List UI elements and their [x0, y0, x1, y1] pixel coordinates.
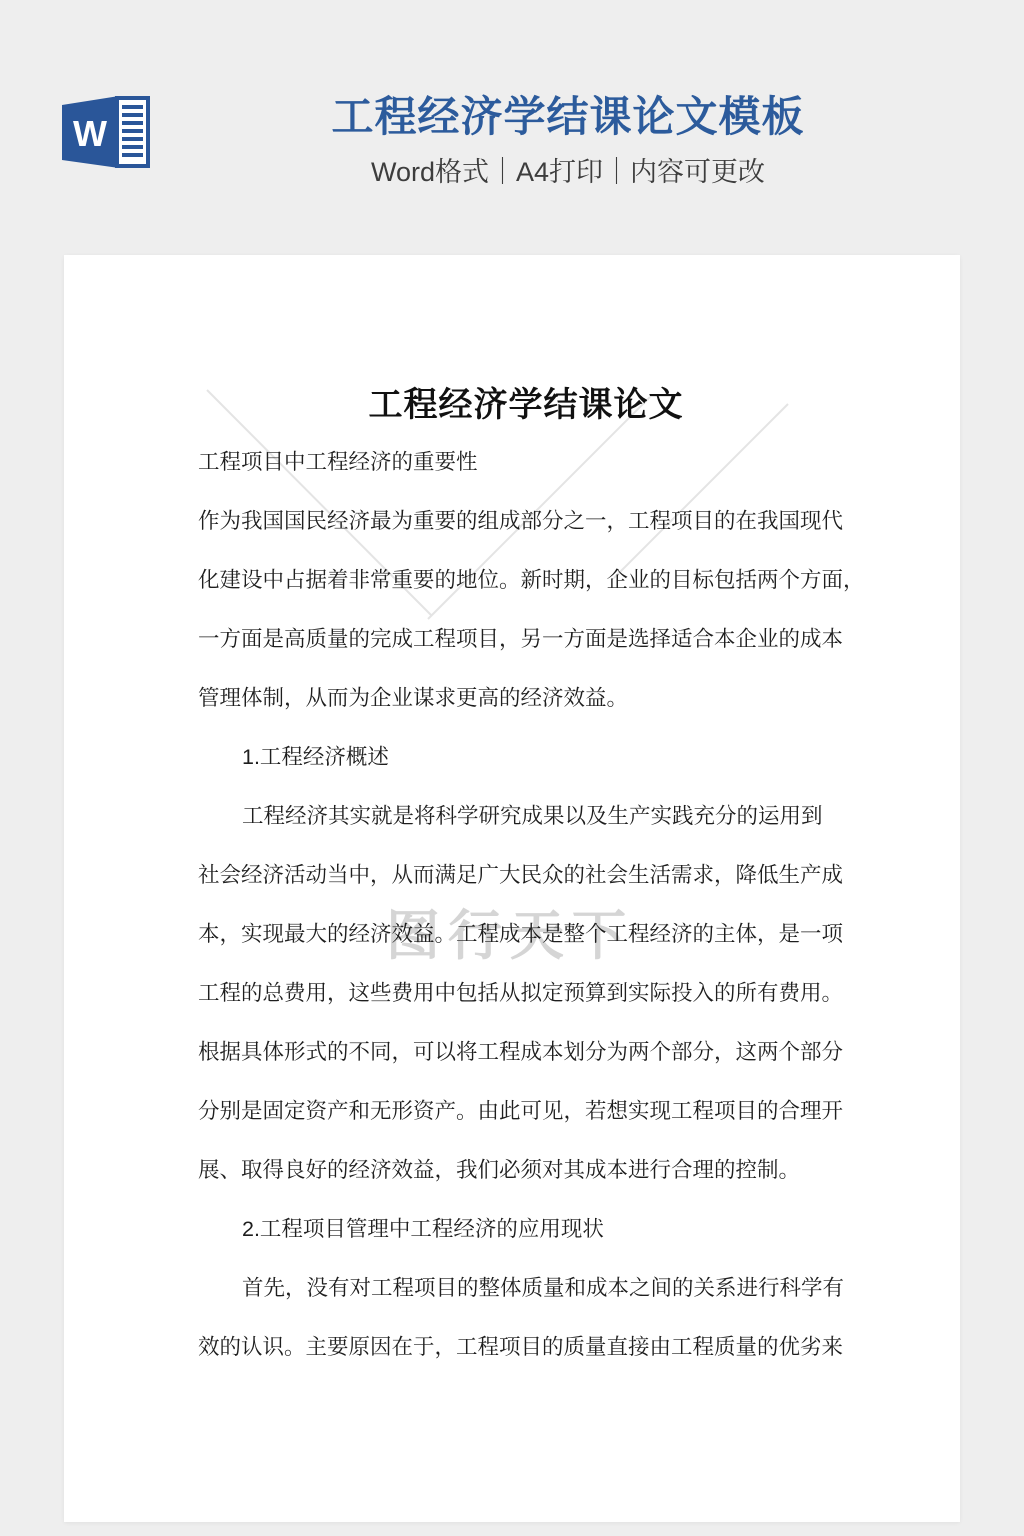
document-page: 图行天下 工程经济学结课论文 工程项目中工程经济的重要性作为我国国民经济最为重要…: [64, 255, 960, 1522]
document-line: 工程的总费用，这些费用中包括从拟定预算到实际投入的所有费用。: [198, 964, 854, 1023]
document-line: 一方面是高质量的完成工程项目，另一方面是选择适合本企业的成本: [198, 610, 854, 669]
template-subtitle: Word格式｜A4打印｜内容可更改: [331, 156, 804, 188]
document-line: 根据具体形式的不同，可以将工程成本划分为两个部分，这两个部分: [198, 1023, 854, 1082]
header: W 工程经济学结课论文模板 Word格式｜A4打印｜内容可更改: [0, 0, 1024, 255]
document-line: 1.工程经济概述: [198, 728, 854, 787]
document-title: 工程经济学结课论文: [198, 383, 854, 427]
document-line: 社会经济活动当中，从而满足广大民众的社会生活需求，降低生产成: [198, 846, 854, 905]
template-title: 工程经济学结课论文模板: [331, 92, 804, 142]
header-text: 工程经济学结课论文模板 Word格式｜A4打印｜内容可更改: [331, 92, 804, 188]
document-line: 化建设中占据着非常重要的地位。新时期，企业的目标包括两个方面，: [198, 551, 854, 610]
document-line: 作为我国国民经济最为重要的组成部分之一，工程项目的在我国现代: [198, 492, 854, 551]
document-line: 分别是固定资产和无形资产。由此可见，若想实现工程项目的合理开: [198, 1082, 854, 1141]
word-icon-letter: W: [73, 113, 107, 154]
document-line: 本，实现最大的经济效益。工程成本是整个工程经济的主体，是一项: [198, 905, 854, 964]
document-body: 工程项目中工程经济的重要性作为我国国民经济最为重要的组成部分之一，工程项目的在我…: [198, 433, 854, 1377]
document-line: 工程经济其实就是将科学研究成果以及生产实践充分的运用到: [198, 787, 854, 846]
document-line: 首先，没有对工程项目的整体质量和成本之间的关系进行科学有: [198, 1259, 854, 1318]
document-line: 展、取得良好的经济效益，我们必须对其成本进行合理的控制。: [198, 1141, 854, 1200]
document-line: 2.工程项目管理中工程经济的应用现状: [198, 1200, 854, 1259]
word-icon-document-lines: [122, 107, 143, 155]
document-line: 管理体制，从而为企业谋求更高的经济效益。: [198, 669, 854, 728]
document-line: 工程项目中工程经济的重要性: [198, 433, 854, 492]
document-line: 效的认识。主要原因在于，工程项目的质量直接由工程质量的优劣来: [198, 1318, 854, 1377]
word-icon: W: [62, 93, 150, 171]
